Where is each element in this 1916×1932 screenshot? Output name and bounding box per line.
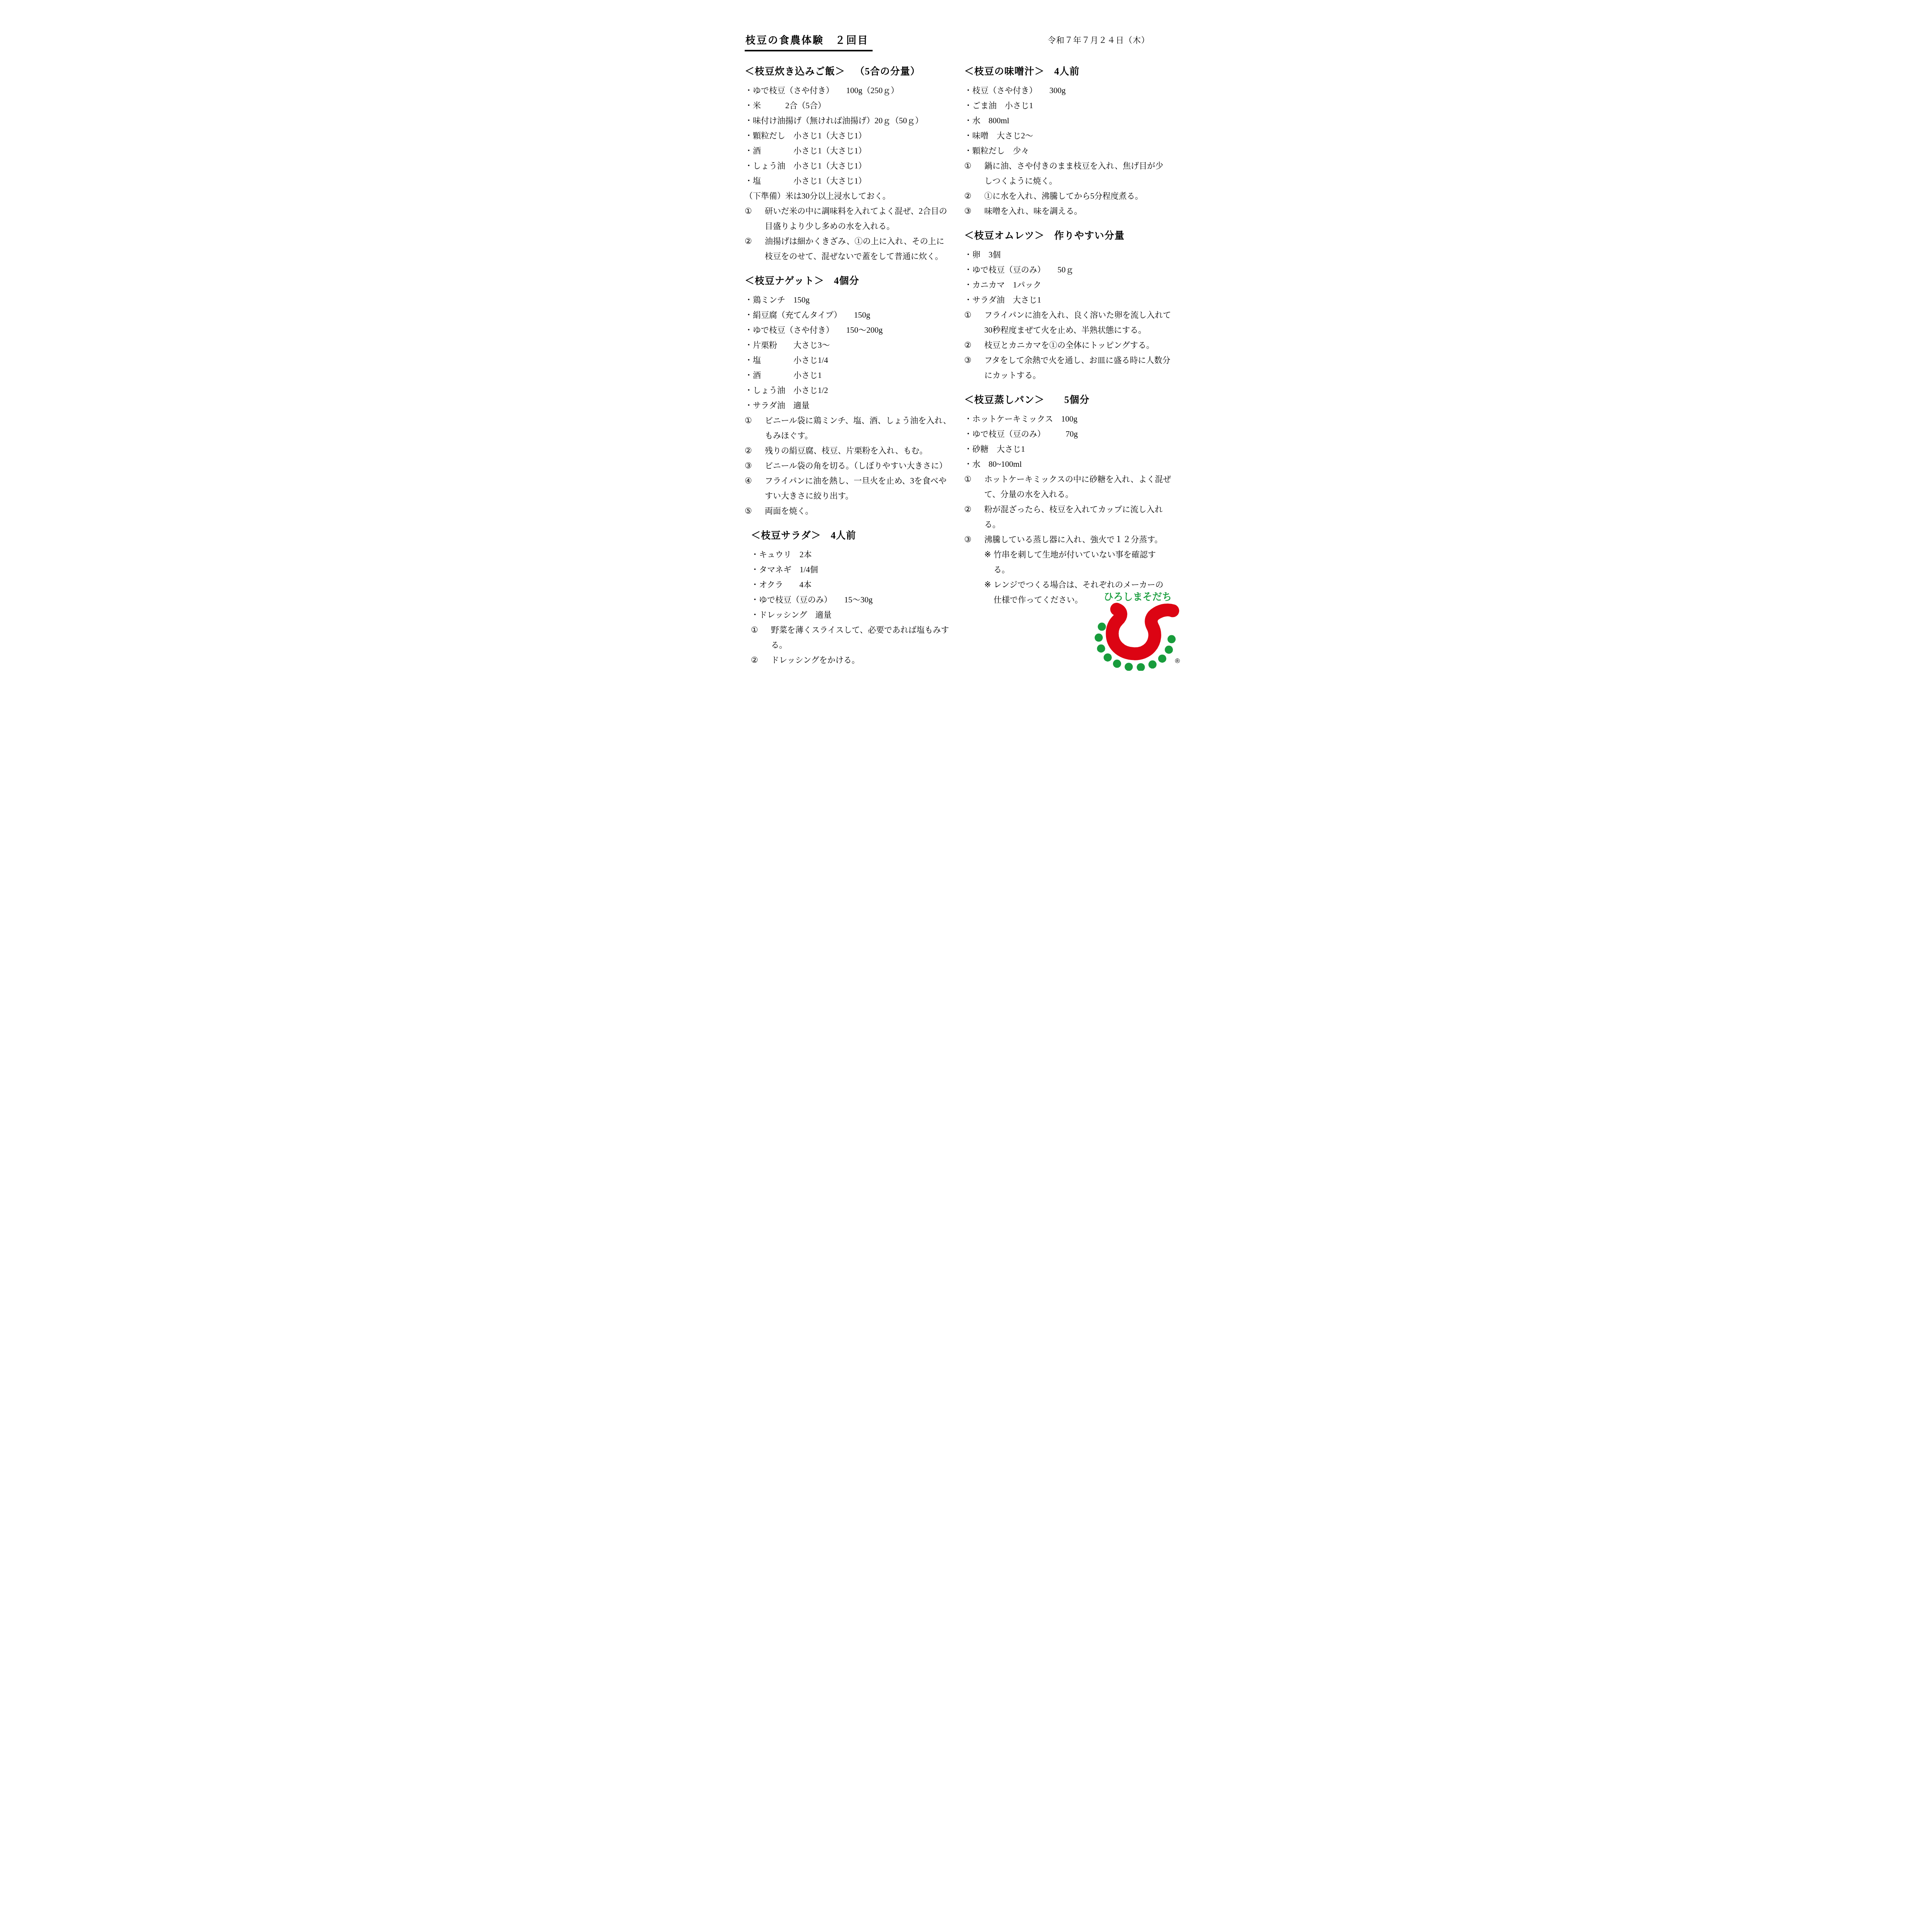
ingredient-line: ・米 2合（5合） xyxy=(745,98,952,113)
logo-bean-dot xyxy=(1113,660,1121,668)
step-marker: ① xyxy=(745,204,752,219)
ingredient-line: ・枝豆（さや付き） 300g xyxy=(964,83,1171,98)
step-line: ②枝豆とカニカマを①の全体にトッピングする。 xyxy=(964,338,1171,353)
ingredient-line: ・しょう油 小さじ1/2 xyxy=(745,383,952,398)
step-line: ⑤両面を焼く。 xyxy=(745,503,952,519)
recipe-yield: 4個分 xyxy=(834,276,859,286)
step-marker: ② xyxy=(964,502,972,517)
step-text: 沸騰している蒸し器に入れ、強火で１２分蒸す。 xyxy=(984,535,1163,544)
logo-bean-dot xyxy=(1158,655,1166,663)
recipe-header: ＜枝豆蒸しパン＞ 5個分 xyxy=(964,392,1171,406)
recipe-header: ＜枝豆オムレツ＞作りやすい分量 xyxy=(964,228,1171,242)
ingredient-line: ・サラダ油 適量 xyxy=(745,398,952,413)
recipe-title: ＜枝豆ナゲット＞ xyxy=(745,276,824,286)
logo-bean-dot xyxy=(1098,622,1106,631)
step-text: 両面を焼く。 xyxy=(765,506,813,515)
step-line: ②油揚げは細かくきざみ、①の上に入れ、その上に枝豆をのせて、混ぜないで蓋をして普… xyxy=(745,234,952,264)
step-text: フライパンに油を熱し、一旦火を止め、3を食べやすい大きさに絞り出す。 xyxy=(765,476,947,500)
note-marker: ※ xyxy=(984,577,991,592)
recipe-section: ＜枝豆の味噌汁＞4人前・枝豆（さや付き） 300g・ごま油 小さじ1・水 800… xyxy=(964,64,1171,219)
step-text: 残りの絹豆腐、枝豆、片栗粉を入れ、もむ。 xyxy=(765,446,927,455)
ingredient-line: ・顆粒だし 少々 xyxy=(964,143,1171,158)
recipe-yield: 4人前 xyxy=(831,531,856,541)
ingredient-line: ・ゆで枝豆（さや付き） 150～200g xyxy=(745,323,952,338)
step-text: 枝豆とカニカマを①の全体にトッピングする。 xyxy=(984,340,1154,350)
step-line: ①研いだ米の中に調味料を入れてよく混ぜ、2合目の目盛りより少し多めの水を入れる。 xyxy=(745,204,952,234)
ingredient-line: ・砂糖 大さじ1 xyxy=(964,442,1171,457)
left-column: ＜枝豆炊き込みご飯＞（5合の分量）・ゆで枝豆（さや付き） 100g（250ｇ）・… xyxy=(745,62,952,668)
recipe-title: ＜枝豆サラダ＞ xyxy=(751,531,821,541)
step-text: 粉が混ざったら、枝豆を入れてカップに流し入れる。 xyxy=(984,505,1163,529)
step-text: ホットケーキミックスの中に砂糖を入れ、よく混ぜて、分量の水を入れる。 xyxy=(984,474,1171,499)
document-page: 枝豆の食農体験 ２回目 令和７年７月２４日（木） ＜枝豆炊き込みご飯＞（5合の分… xyxy=(718,0,1198,678)
logo-bean-dot xyxy=(1167,635,1176,643)
step-text: 研いだ米の中に調味料を入れてよく混ぜ、2合目の目盛りより少し多めの水を入れる。 xyxy=(765,206,947,231)
ingredient-line: ・酒 小さじ1（大さじ1） xyxy=(745,143,952,158)
step-line: ④フライパンに油を熱し、一旦火を止め、3を食べやすい大きさに絞り出す。 xyxy=(745,473,952,503)
step-text: 味噌を入れ、味を調える。 xyxy=(984,206,1082,216)
recipe-title: ＜枝豆の味噌汁＞ xyxy=(964,66,1045,77)
recipe-section: ＜枝豆炊き込みご飯＞（5合の分量）・ゆで枝豆（さや付き） 100g（250ｇ）・… xyxy=(745,64,952,264)
logo-bean-dot xyxy=(1165,646,1173,654)
step-line: ①フライパンに油を入れ、良く溶いた卵を流し入れて30秒程度まぜて火を止め、半熟状… xyxy=(964,308,1171,338)
step-marker: ① xyxy=(964,472,972,487)
recipe-yield: 5個分 xyxy=(1054,395,1090,405)
logo-bean-dot xyxy=(1095,634,1103,642)
logo-text: ひろしまそだち xyxy=(1104,592,1172,602)
step-line: ③沸騰している蒸し器に入れ、強火で１２分蒸す。 xyxy=(964,532,1171,547)
document-header: 枝豆の食農体験 ２回目 令和７年７月２４日（木） xyxy=(718,0,1198,51)
step-line: ①鍋に油、さや付きのまま枝豆を入れ、焦げ目が少しつくように焼く。 xyxy=(964,158,1171,189)
step-line: ③ビニール袋の角を切る。（しぼりやすい大きさに） xyxy=(745,458,952,473)
ingredient-line: ・ゆで枝豆（豆のみ） 70g xyxy=(964,427,1171,442)
step-marker: ① xyxy=(964,308,972,323)
step-line: ①ホットケーキミックスの中に砂糖を入れ、よく混ぜて、分量の水を入れる。 xyxy=(964,472,1171,502)
ingredient-line: ・サラダ油 大さじ1 xyxy=(964,293,1171,308)
logo-bean-dot xyxy=(1125,663,1133,671)
recipe-title: ＜枝豆オムレツ＞ xyxy=(964,231,1045,241)
recipe-section: ＜枝豆蒸しパン＞ 5個分・ホットケーキミックス 100g・ゆで枝豆（豆のみ） 7… xyxy=(964,392,1171,607)
step-marker: ② xyxy=(964,189,972,204)
logo-bean-dot xyxy=(1149,660,1157,668)
ingredient-line: ・顆粒だし 小さじ1（大さじ1） xyxy=(745,128,952,143)
recipe-yield: 作りやすい分量 xyxy=(1054,231,1125,241)
ingredient-line: ・ゆで枝豆（豆のみ） 15～30g xyxy=(751,592,952,607)
step-marker: ② xyxy=(745,234,752,249)
recipe-header: ＜枝豆ナゲット＞4個分 xyxy=(745,273,952,287)
step-line: ②粉が混ざったら、枝豆を入れてカップに流し入れる。 xyxy=(964,502,1171,532)
page-title: 枝豆の食農体験 ２回目 xyxy=(745,32,873,51)
ingredient-line: ・絹豆腐（充てんタイプ） 150g xyxy=(745,308,952,323)
ingredient-line: ・ホットケーキミックス 100g xyxy=(964,412,1171,427)
step-text: ビニール袋の角を切る。（しぼりやすい大きさに） xyxy=(765,461,947,470)
note-line: ※竹串を刺して生地が付いていない事を確認する。 xyxy=(964,547,1171,577)
recipe-yield: 4人前 xyxy=(1054,66,1080,77)
step-text: ①に水を入れ、沸騰してから5分程度煮る。 xyxy=(984,191,1143,201)
recipe-yield: （5合の分量） xyxy=(855,66,921,77)
step-marker: ② xyxy=(751,653,758,668)
logo-bean-dot xyxy=(1104,653,1112,662)
registered-mark-icon: ® xyxy=(1175,657,1180,665)
step-line: ②①に水を入れ、沸騰してから5分程度煮る。 xyxy=(964,189,1171,204)
ingredient-line: ・タマネギ 1/4個 xyxy=(751,562,952,577)
step-marker: ① xyxy=(964,158,972,173)
step-line: ③味噌を入れ、味を調える。 xyxy=(964,204,1171,219)
ingredient-line: ・キュウリ 2本 xyxy=(751,547,952,562)
recipe-header: ＜枝豆炊き込みご飯＞（5合の分量） xyxy=(745,64,952,78)
ingredient-line: ・しょう油 小さじ1（大さじ1） xyxy=(745,158,952,173)
step-line: ②残りの絹豆腐、枝豆、片栗粉を入れ、もむ。 xyxy=(745,443,952,458)
prep-note: （下準備）米は30分以上浸水しておく。 xyxy=(745,189,952,204)
ingredient-line: ・酒 小さじ1 xyxy=(745,368,952,383)
ingredient-line: ・塩 小さじ1（大さじ1） xyxy=(745,173,952,189)
ingredient-line: ・水 800ml xyxy=(964,113,1171,128)
step-marker: ③ xyxy=(964,532,972,547)
step-line: ①野菜を薄くスライスして、必要であれば塩もみする。 xyxy=(751,622,952,653)
recipe-header: ＜枝豆サラダ＞4人前 xyxy=(751,528,952,542)
step-marker: ③ xyxy=(964,204,972,219)
ingredient-line: ・ゆで枝豆（さや付き） 100g（250ｇ） xyxy=(745,83,952,98)
step-marker: ② xyxy=(745,443,752,458)
step-text: ドレッシングをかける。 xyxy=(771,655,860,665)
ingredient-line: ・ゆで枝豆（豆のみ） 50ｇ xyxy=(964,262,1171,277)
step-marker: ③ xyxy=(745,458,752,473)
recipe-header: ＜枝豆の味噌汁＞4人前 xyxy=(964,64,1171,78)
step-line: ③フタをして余熱で火を通し、お皿に盛る時に人数分にカットする。 xyxy=(964,353,1171,383)
step-marker: ⑤ xyxy=(745,503,752,519)
note-marker: ※ xyxy=(984,547,991,562)
step-marker: ④ xyxy=(745,473,752,488)
recipe-section: ＜枝豆オムレツ＞作りやすい分量・卵 3個・ゆで枝豆（豆のみ） 50ｇ・カニカマ … xyxy=(964,228,1171,383)
ingredient-line: ・卵 3個 xyxy=(964,247,1171,262)
step-text: ビニール袋に鶏ミンチ、塩、酒、しょう油を入れ、もみほぐす。 xyxy=(765,416,951,440)
right-column: ＜枝豆の味噌汁＞4人前・枝豆（さや付き） 300g・ごま油 小さじ1・水 800… xyxy=(964,62,1171,668)
step-marker: ① xyxy=(745,413,752,428)
ingredient-line: ・鶏ミンチ 150g xyxy=(745,293,952,308)
step-line: ①ビニール袋に鶏ミンチ、塩、酒、しょう油を入れ、もみほぐす。 xyxy=(745,413,952,443)
logo-face-left-eye xyxy=(1128,623,1135,633)
ingredient-line: ・味付け油揚げ（無ければ油揚げ）20ｇ（50ｇ） xyxy=(745,113,952,128)
recipe-section: ＜枝豆ナゲット＞4個分・鶏ミンチ 150g・絹豆腐（充てんタイプ） 150g・ゆ… xyxy=(745,273,952,519)
logo-bean-dot xyxy=(1137,663,1145,671)
recipe-title: ＜枝豆炊き込みご飯＞ xyxy=(745,66,845,77)
step-marker: ③ xyxy=(964,353,972,368)
ingredient-line: ・片栗粉 大さじ3～ xyxy=(745,338,952,353)
step-line: ②ドレッシングをかける。 xyxy=(751,653,952,668)
logo-face-smile xyxy=(1125,633,1147,643)
step-text: フタをして余熱で火を通し、お皿に盛る時に人数分にカットする。 xyxy=(984,355,1171,380)
ingredient-line: ・カニカマ 1パック xyxy=(964,277,1171,293)
step-marker: ② xyxy=(964,338,972,353)
two-column-layout: ＜枝豆炊き込みご飯＞（5合の分量）・ゆで枝豆（さや付き） 100g（250ｇ）・… xyxy=(718,62,1198,668)
ingredient-line: ・オクラ 4本 xyxy=(751,577,952,592)
ingredient-line: ・ドレッシング 適量 xyxy=(751,607,952,622)
logo-face-right-eye xyxy=(1138,622,1146,632)
document-date: 令和７年７月２４日（木） xyxy=(1048,34,1150,46)
ingredient-line: ・塩 小さじ1/4 xyxy=(745,353,952,368)
note-text: 竹串を刺して生地が付いていない事を確認する。 xyxy=(994,550,1156,574)
recipe-title: ＜枝豆蒸しパン＞ xyxy=(964,395,1045,405)
recipe-section: ＜枝豆サラダ＞4人前・キュウリ 2本・タマネギ 1/4個・オクラ 4本・ゆで枝豆… xyxy=(751,528,952,668)
ingredient-line: ・水 80~100ml xyxy=(964,457,1171,472)
ingredient-line: ・ごま油 小さじ1 xyxy=(964,98,1171,113)
step-text: 野菜を薄くスライスして、必要であれば塩もみする。 xyxy=(771,625,949,650)
step-marker: ① xyxy=(751,622,758,638)
ingredient-line: ・味噌 大さじ2～ xyxy=(964,128,1171,143)
step-text: 鍋に油、さや付きのまま枝豆を入れ、焦げ目が少しつくように焼く。 xyxy=(984,161,1163,185)
step-text: フライパンに油を入れ、良く溶いた卵を流し入れて30秒程度まぜて火を止め、半熟状態… xyxy=(984,310,1171,335)
logo-bean-dot xyxy=(1097,645,1105,653)
step-text: 油揚げは細かくきざみ、①の上に入れ、その上に枝豆をのせて、混ぜないで蓋をして普通… xyxy=(765,236,944,261)
hiroshima-sodachi-logo: ひろしまそだち ® xyxy=(1089,590,1186,671)
